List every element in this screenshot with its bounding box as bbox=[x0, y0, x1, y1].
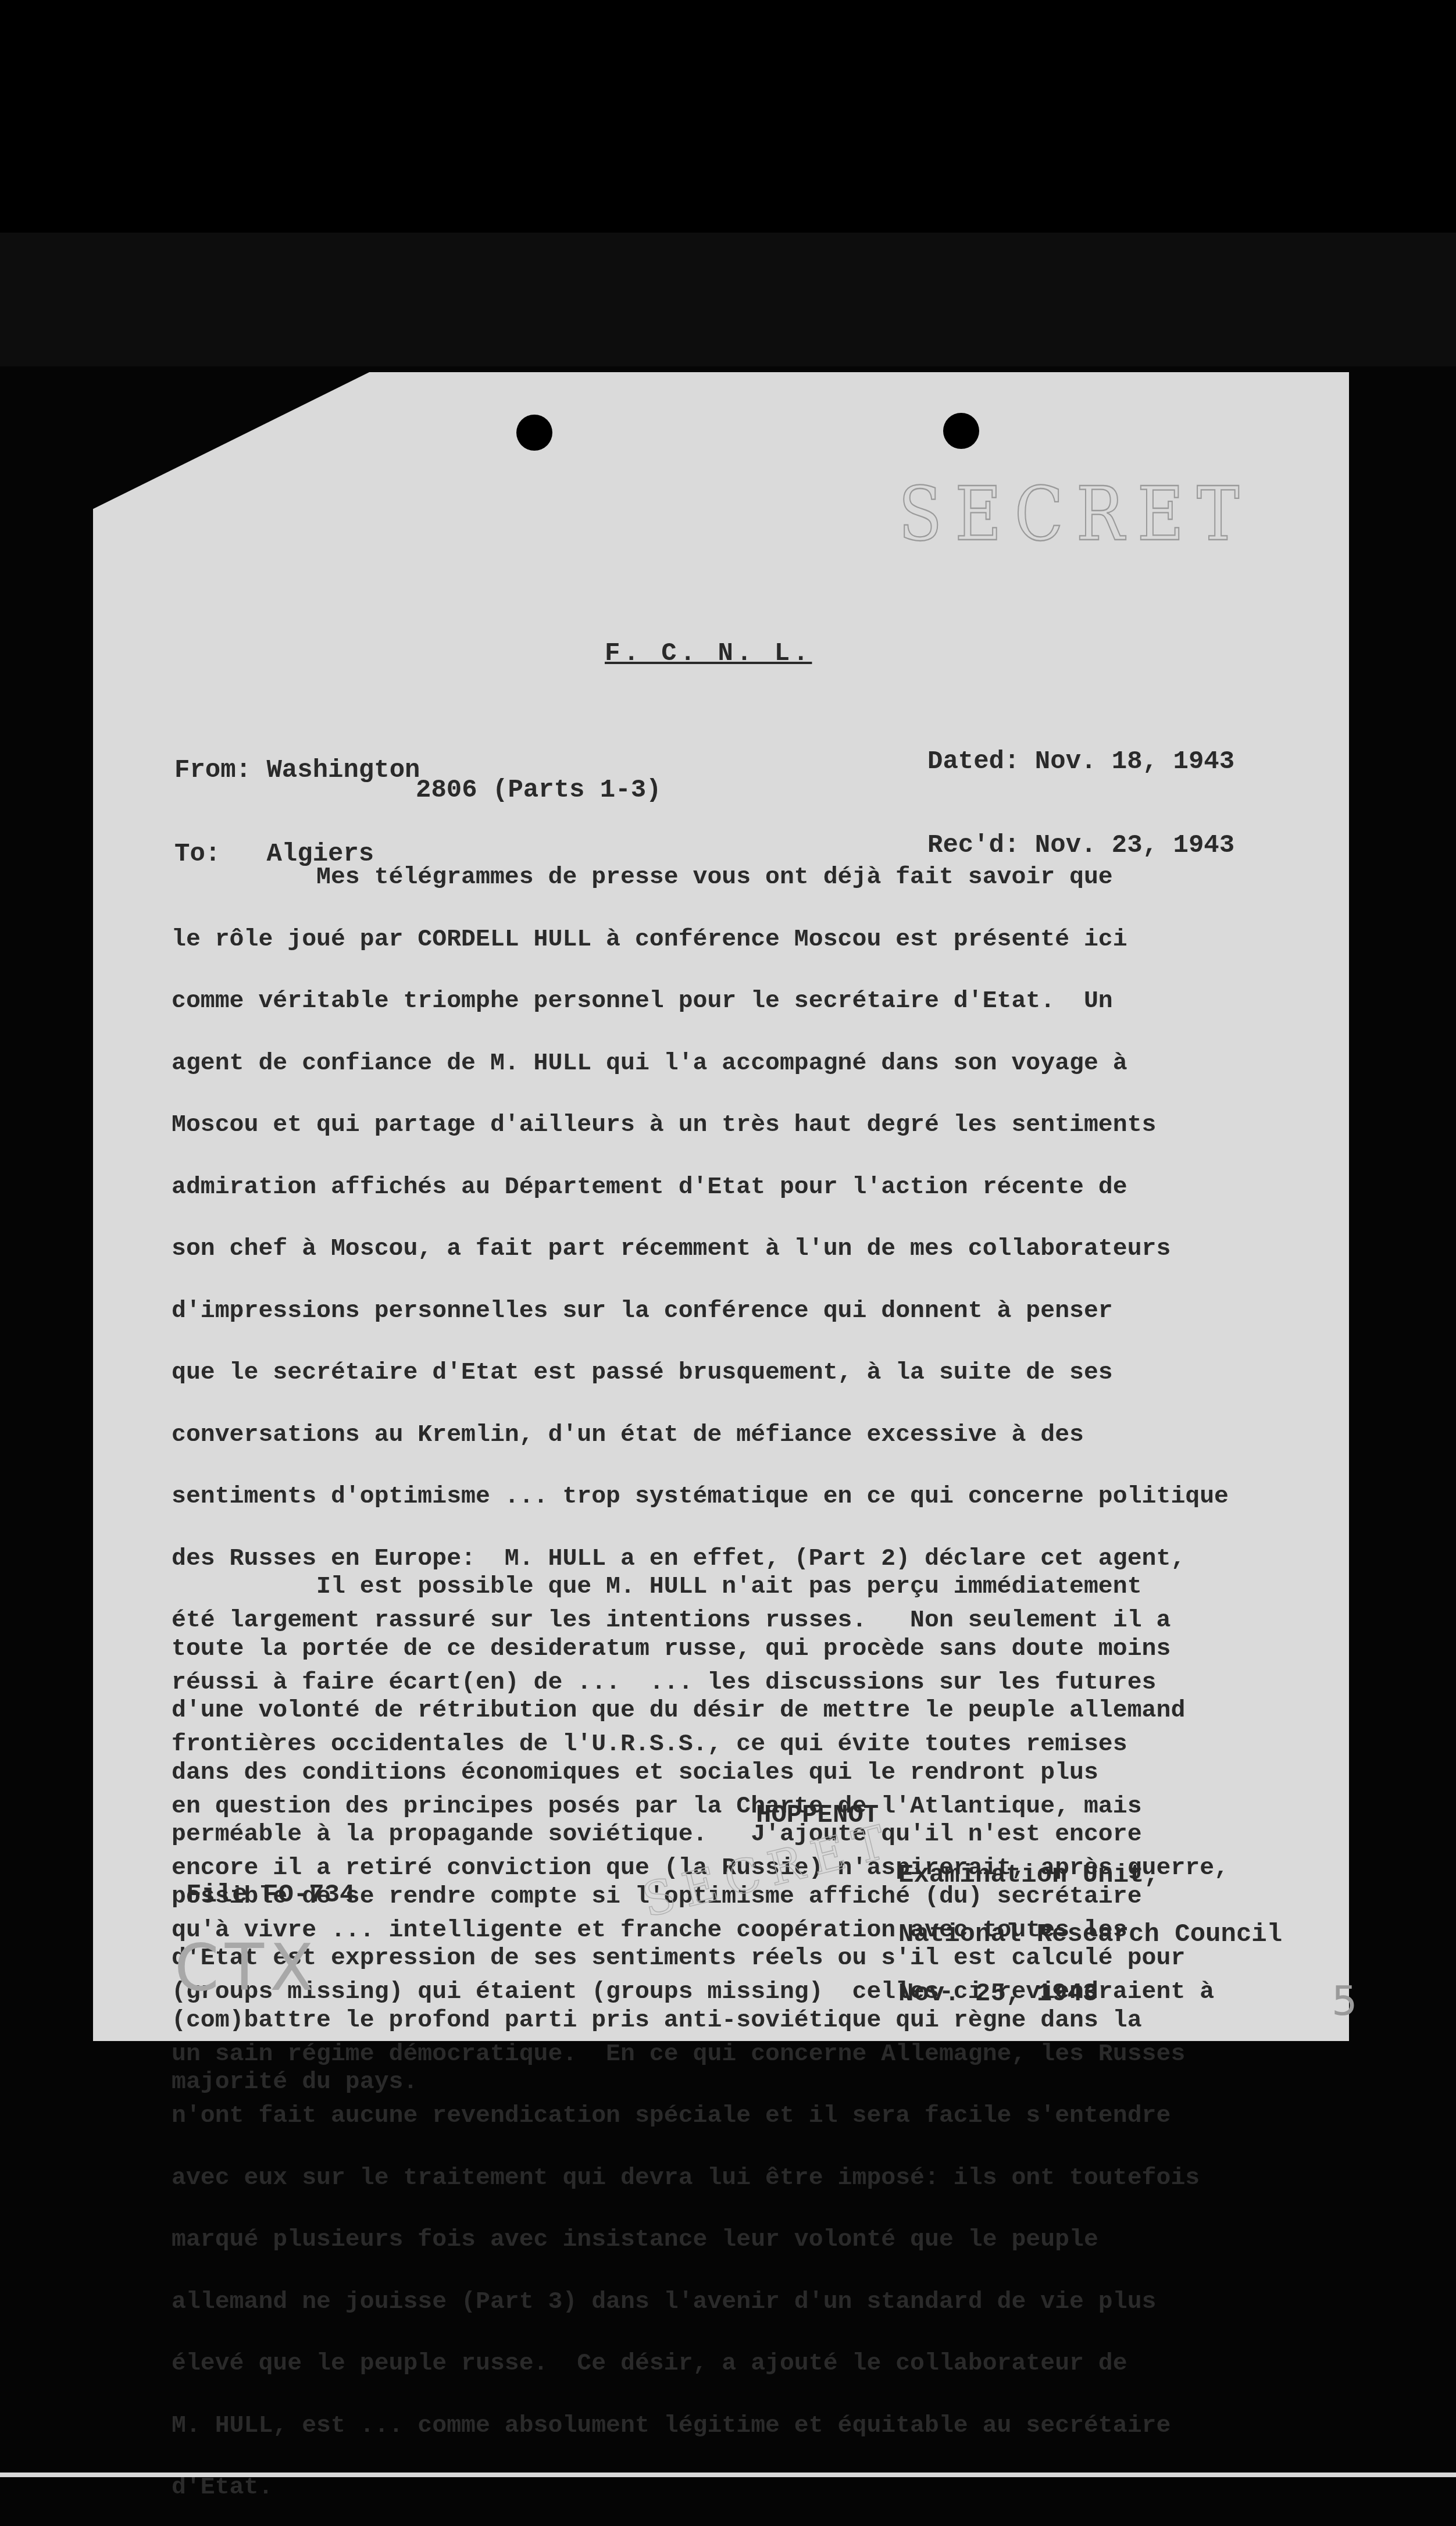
page-number: 5 bbox=[1332, 1977, 1358, 2025]
exam-line: Nov. 25, 1943 bbox=[898, 1984, 1282, 2004]
text-line: que le secrétaire d'Etat est passé brusq… bbox=[172, 1362, 1229, 1383]
text-line: d'Etat. bbox=[172, 2477, 1229, 2498]
handwritten-note: CTX bbox=[174, 1931, 319, 2005]
paragraph-2: Il est possible que M. HULL n'ait pas pe… bbox=[172, 1535, 1185, 2113]
dated-label: Dated: bbox=[927, 747, 1019, 776]
text-line: Moscou et qui partage d'ailleurs à un tr… bbox=[172, 1115, 1229, 1136]
text-line: toute la portée de ce desideratum russe,… bbox=[172, 1639, 1185, 1660]
text-line: comme véritable triomphe personnel pour … bbox=[172, 991, 1229, 1012]
secret-stamp-top: SECRET bbox=[898, 471, 1252, 556]
text-line: le rôle joué par CORDELL HULL à conféren… bbox=[172, 929, 1229, 950]
file-number: File FO-734 bbox=[186, 1881, 355, 1909]
text-line: d'une volonté de rétribution que du dési… bbox=[172, 1700, 1185, 1721]
text-line: marqué plusieurs fois avec insistance le… bbox=[172, 2229, 1229, 2250]
text-line: son chef à Moscou, a fait part récemment… bbox=[172, 1239, 1229, 1260]
text-line: avec eux sur le traitement qui devra lui… bbox=[172, 2168, 1229, 2189]
exam-line: National Research Council bbox=[898, 1925, 1282, 1945]
text-line: Il est possible que M. HULL n'ait pas pe… bbox=[172, 1576, 1185, 1597]
exam-line: Examination Unit, bbox=[898, 1865, 1282, 1885]
document-header: F. C. N. L. bbox=[605, 640, 812, 668]
text-line: conversations au Kremlin, d'un état de m… bbox=[172, 1425, 1229, 1446]
text-line: Mes télégrammes de presse vous ont déjà … bbox=[172, 867, 1229, 888]
text-line: d'impressions personnelles sur la confér… bbox=[172, 1301, 1229, 1322]
from-label: From: bbox=[174, 756, 251, 785]
telegram-reference: 2806 (Parts 1-3) bbox=[416, 776, 661, 804]
film-border-top bbox=[0, 0, 1456, 233]
punch-hole-left bbox=[516, 415, 552, 451]
text-line: sentiments d'optimisme ... trop systémat… bbox=[172, 1486, 1229, 1507]
examination-unit-block: Examination Unit, National Research Coun… bbox=[898, 1826, 1282, 2024]
text-line: allemand ne jouisse (Part 3) dans l'aven… bbox=[172, 2292, 1229, 2313]
text-line: admiration affichés au Département d'Eta… bbox=[172, 1177, 1229, 1198]
from-value: Washington bbox=[266, 756, 420, 785]
punch-hole-right bbox=[943, 413, 979, 449]
text-line: M. HULL, est ... comme absolument légiti… bbox=[172, 2416, 1229, 2436]
film-edge-line bbox=[0, 2473, 1456, 2477]
text-line: élevé que le peuple russe. Ce désir, a a… bbox=[172, 2353, 1229, 2374]
text-line: agent de confiance de M. HULL qui l'a ac… bbox=[172, 1053, 1229, 1074]
text-line: dans des conditions économiques et socia… bbox=[172, 1763, 1185, 1783]
film-border-shadow bbox=[0, 233, 1456, 366]
text-line: majorité du pays. bbox=[172, 2072, 1185, 2093]
dated-value: Nov. 18, 1943 bbox=[1035, 747, 1234, 776]
